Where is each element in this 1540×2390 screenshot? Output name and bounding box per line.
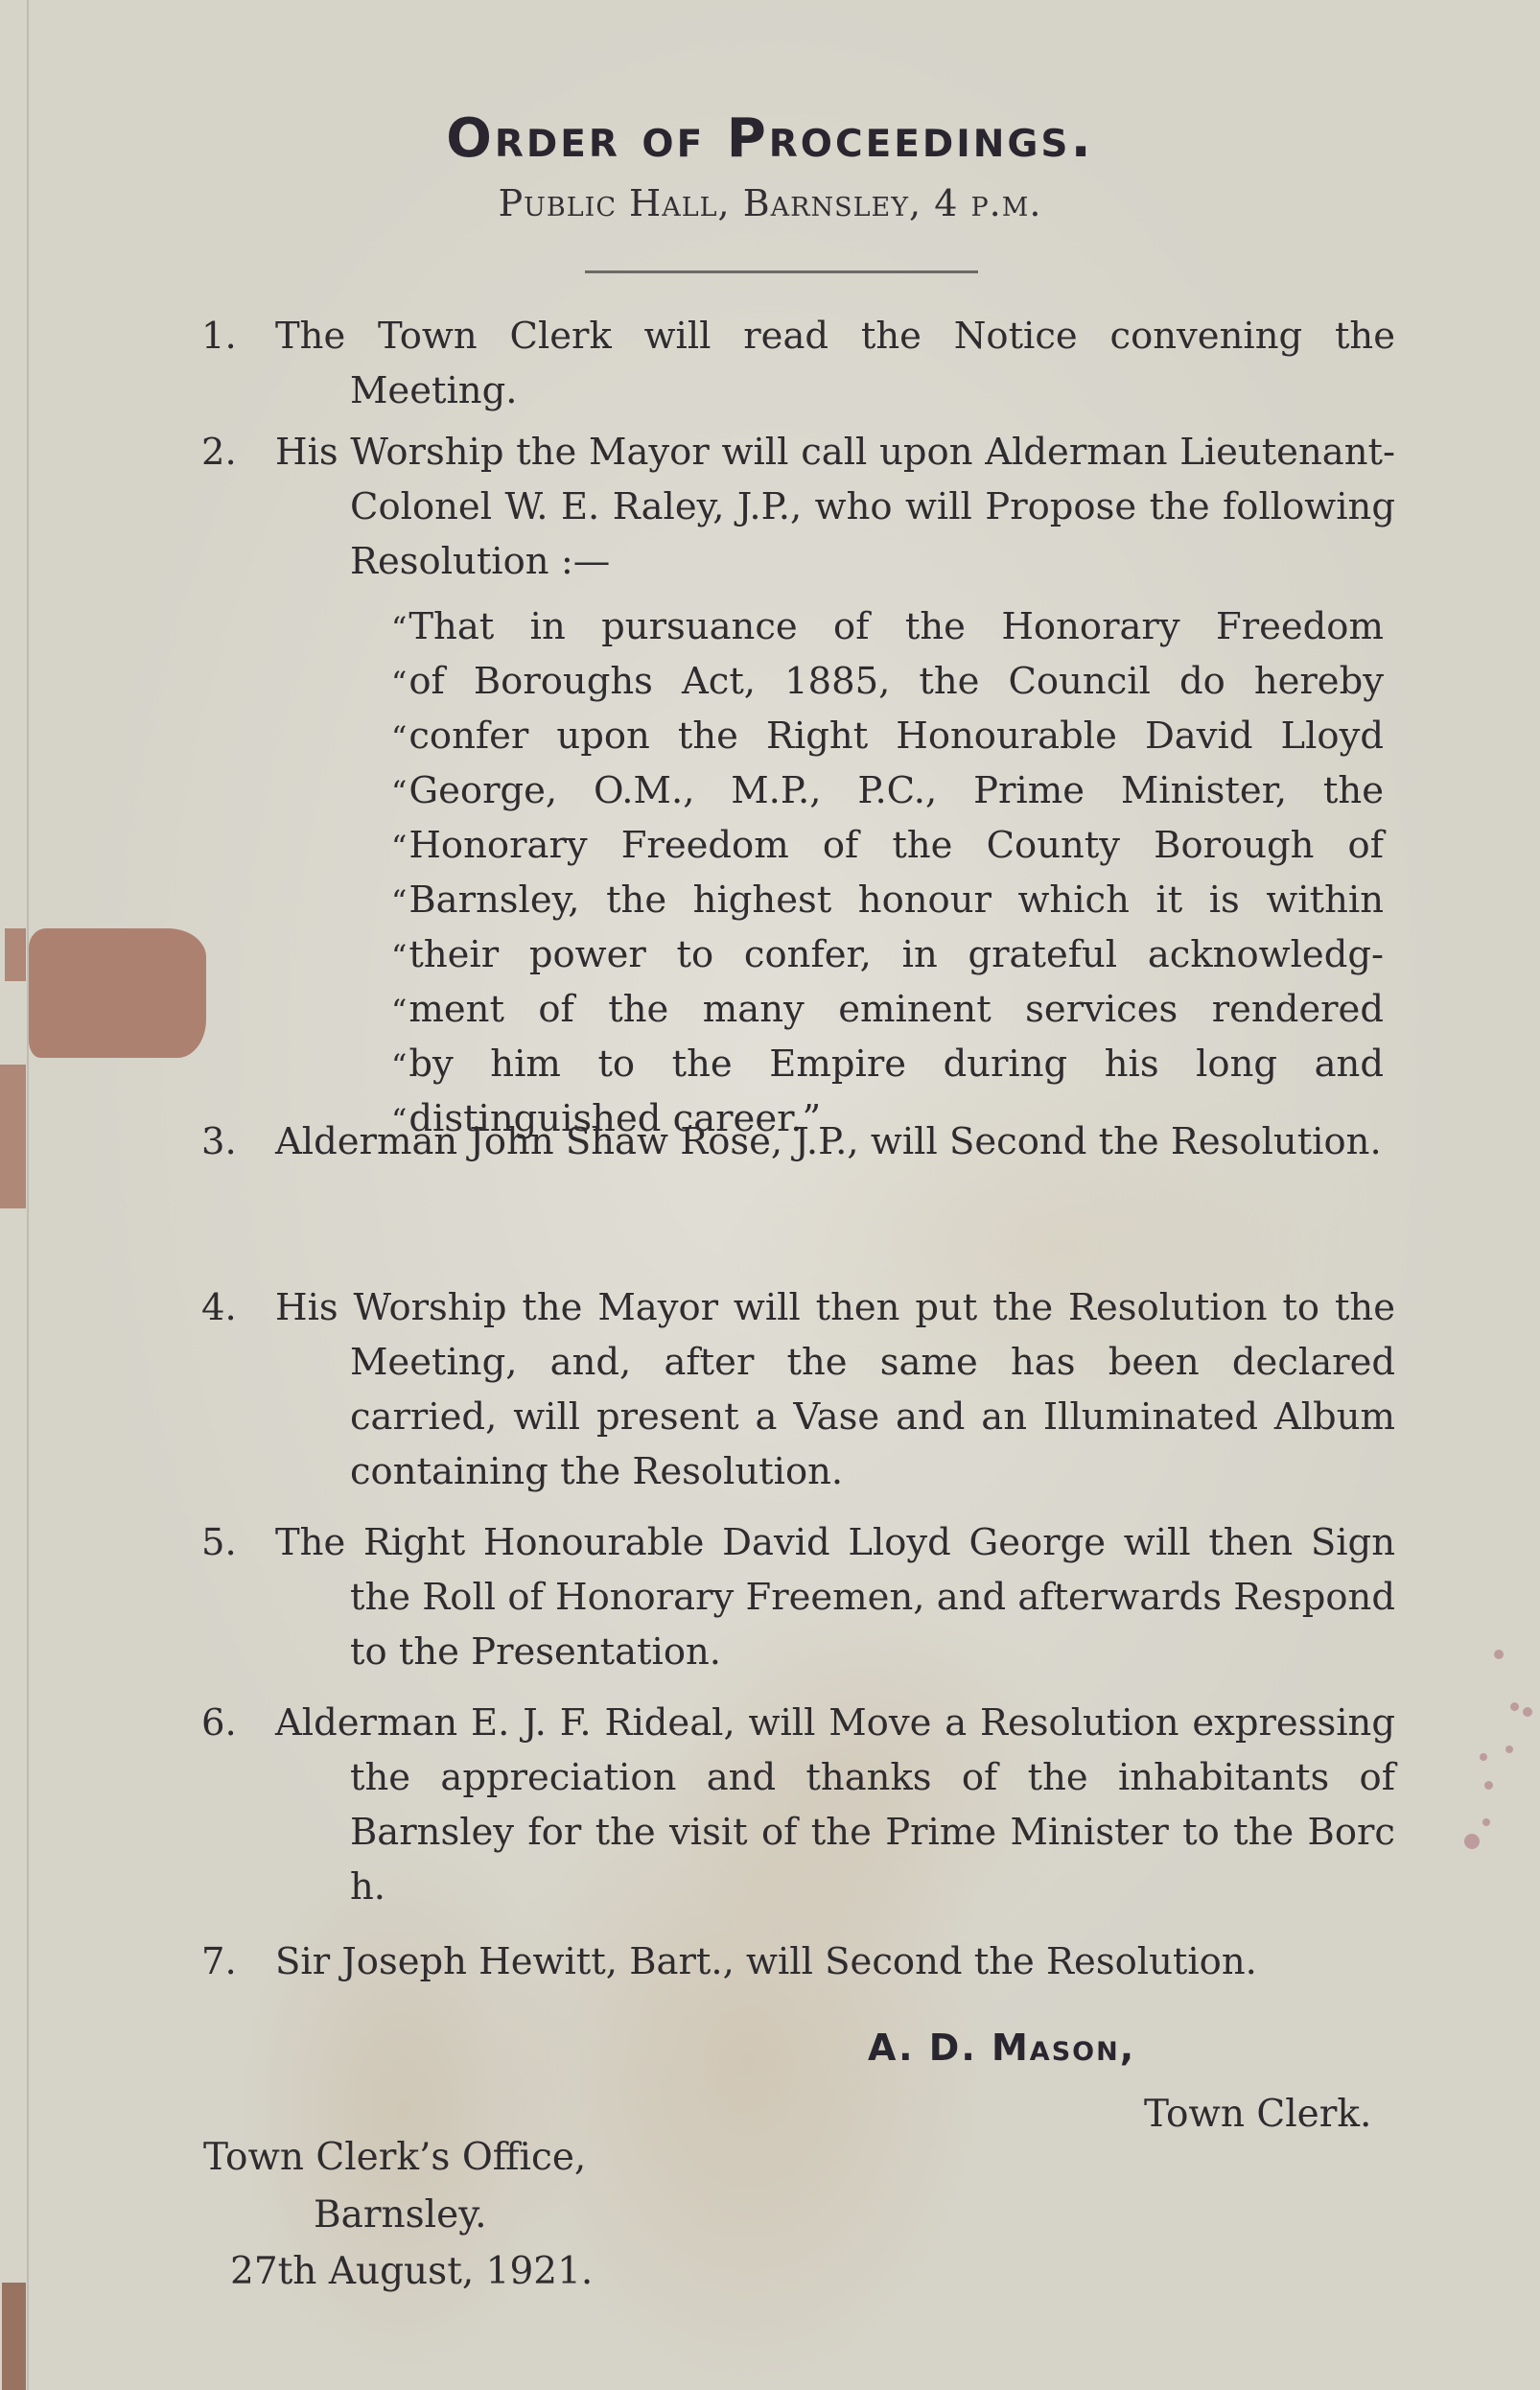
office-address: Town Clerk’s Office, — [203, 2136, 586, 2179]
paper-damage — [0, 1065, 26, 1208]
proceeding-item: 7. Sir Joseph Hewitt, Bart., will Second… — [201, 1934, 1395, 1989]
document-title: Order of Proceedings. — [0, 107, 1540, 170]
item-number: 2. — [201, 425, 237, 480]
signatory-title: Town Clerk. — [1144, 2093, 1371, 2136]
signatory-name: A. D. Mason, — [868, 2027, 1135, 2069]
item-text: The Right Honourable David Lloyd George … — [201, 1515, 1395, 1679]
foxing-spot — [1482, 1818, 1490, 1826]
binding-edge — [27, 0, 29, 2390]
resolution-text: “That in pursuance of the Honorary Freed… — [391, 599, 1384, 1146]
proceeding-item: 1. The Town Clerk will read the Notice c… — [201, 309, 1395, 418]
resolution-line: “Honorary Freedom of the County Borough … — [391, 818, 1384, 873]
document-page: Order of Proceedings. Public Hall, Barns… — [0, 0, 1540, 2390]
paper-damage — [29, 928, 206, 1058]
resolution-line: “Barnsley, the highest honour which it i… — [391, 873, 1384, 927]
foxing-spot — [1505, 1746, 1513, 1753]
proceeding-item: 4. His Worship the Mayor will then put t… — [201, 1280, 1395, 1499]
proceeding-item: 3. Alderman John Shaw Rose, J.P., will S… — [201, 1114, 1395, 1169]
foxing-spot — [1494, 1650, 1504, 1659]
document-subtitle: Public Hall, Barnsley, 4 p.m. — [0, 182, 1540, 224]
resolution-line: “their power to confer, in grateful ackn… — [391, 927, 1384, 982]
item-text: Alderman John Shaw Rose, J.P., will Seco… — [201, 1114, 1395, 1169]
item-number: 3. — [201, 1114, 237, 1169]
foxing-spot — [1523, 1707, 1532, 1717]
item-number: 4. — [201, 1280, 237, 1335]
item-number: 5. — [201, 1515, 237, 1570]
item-text: His Worship the Mayor will then put the … — [201, 1280, 1395, 1499]
office-town: Barnsley. — [314, 2193, 487, 2237]
resolution-line: “of Boroughs Act, 1885, the Council do h… — [391, 654, 1384, 709]
foxing-spot — [1464, 1834, 1480, 1849]
item-number: 7. — [201, 1934, 237, 1989]
item-text: Sir Joseph Hewitt, Bart., will Second th… — [201, 1934, 1395, 1989]
resolution-line: “That in pursuance of the Honorary Freed… — [391, 599, 1384, 654]
resolution-line: “ment of the many eminent services rende… — [391, 982, 1384, 1037]
divider — [585, 270, 978, 273]
item-number: 6. — [201, 1696, 237, 1750]
foxing-spot — [1510, 1702, 1519, 1711]
document-date: 27th August, 1921. — [230, 2250, 593, 2293]
paper-damage — [5, 928, 26, 981]
item-text: His Worship the Mayor will call upon Ald… — [201, 425, 1395, 589]
item-text: The Town Clerk will read the Notice conv… — [201, 309, 1395, 418]
resolution-line: “confer upon the Right Honourable David … — [391, 709, 1384, 763]
resolution-line: “George, O.M., M.P., P.C., Prime Ministe… — [391, 763, 1384, 818]
paper-damage — [2, 2283, 26, 2390]
proceeding-item: 2. His Worship the Mayor will call upon … — [201, 425, 1395, 589]
foxing-spot — [1484, 1781, 1493, 1790]
proceeding-item: 6. Alderman E. J. F. Rideal, will Move a… — [201, 1696, 1395, 1914]
item-number: 1. — [201, 309, 237, 363]
item-text: Alderman E. J. F. Rideal, will Move a Re… — [201, 1696, 1395, 1914]
proceeding-item: 5. The Right Honourable David Lloyd Geor… — [201, 1515, 1395, 1679]
foxing-spot — [1480, 1753, 1487, 1761]
resolution-line: “by him to the Empire during his long an… — [391, 1037, 1384, 1091]
